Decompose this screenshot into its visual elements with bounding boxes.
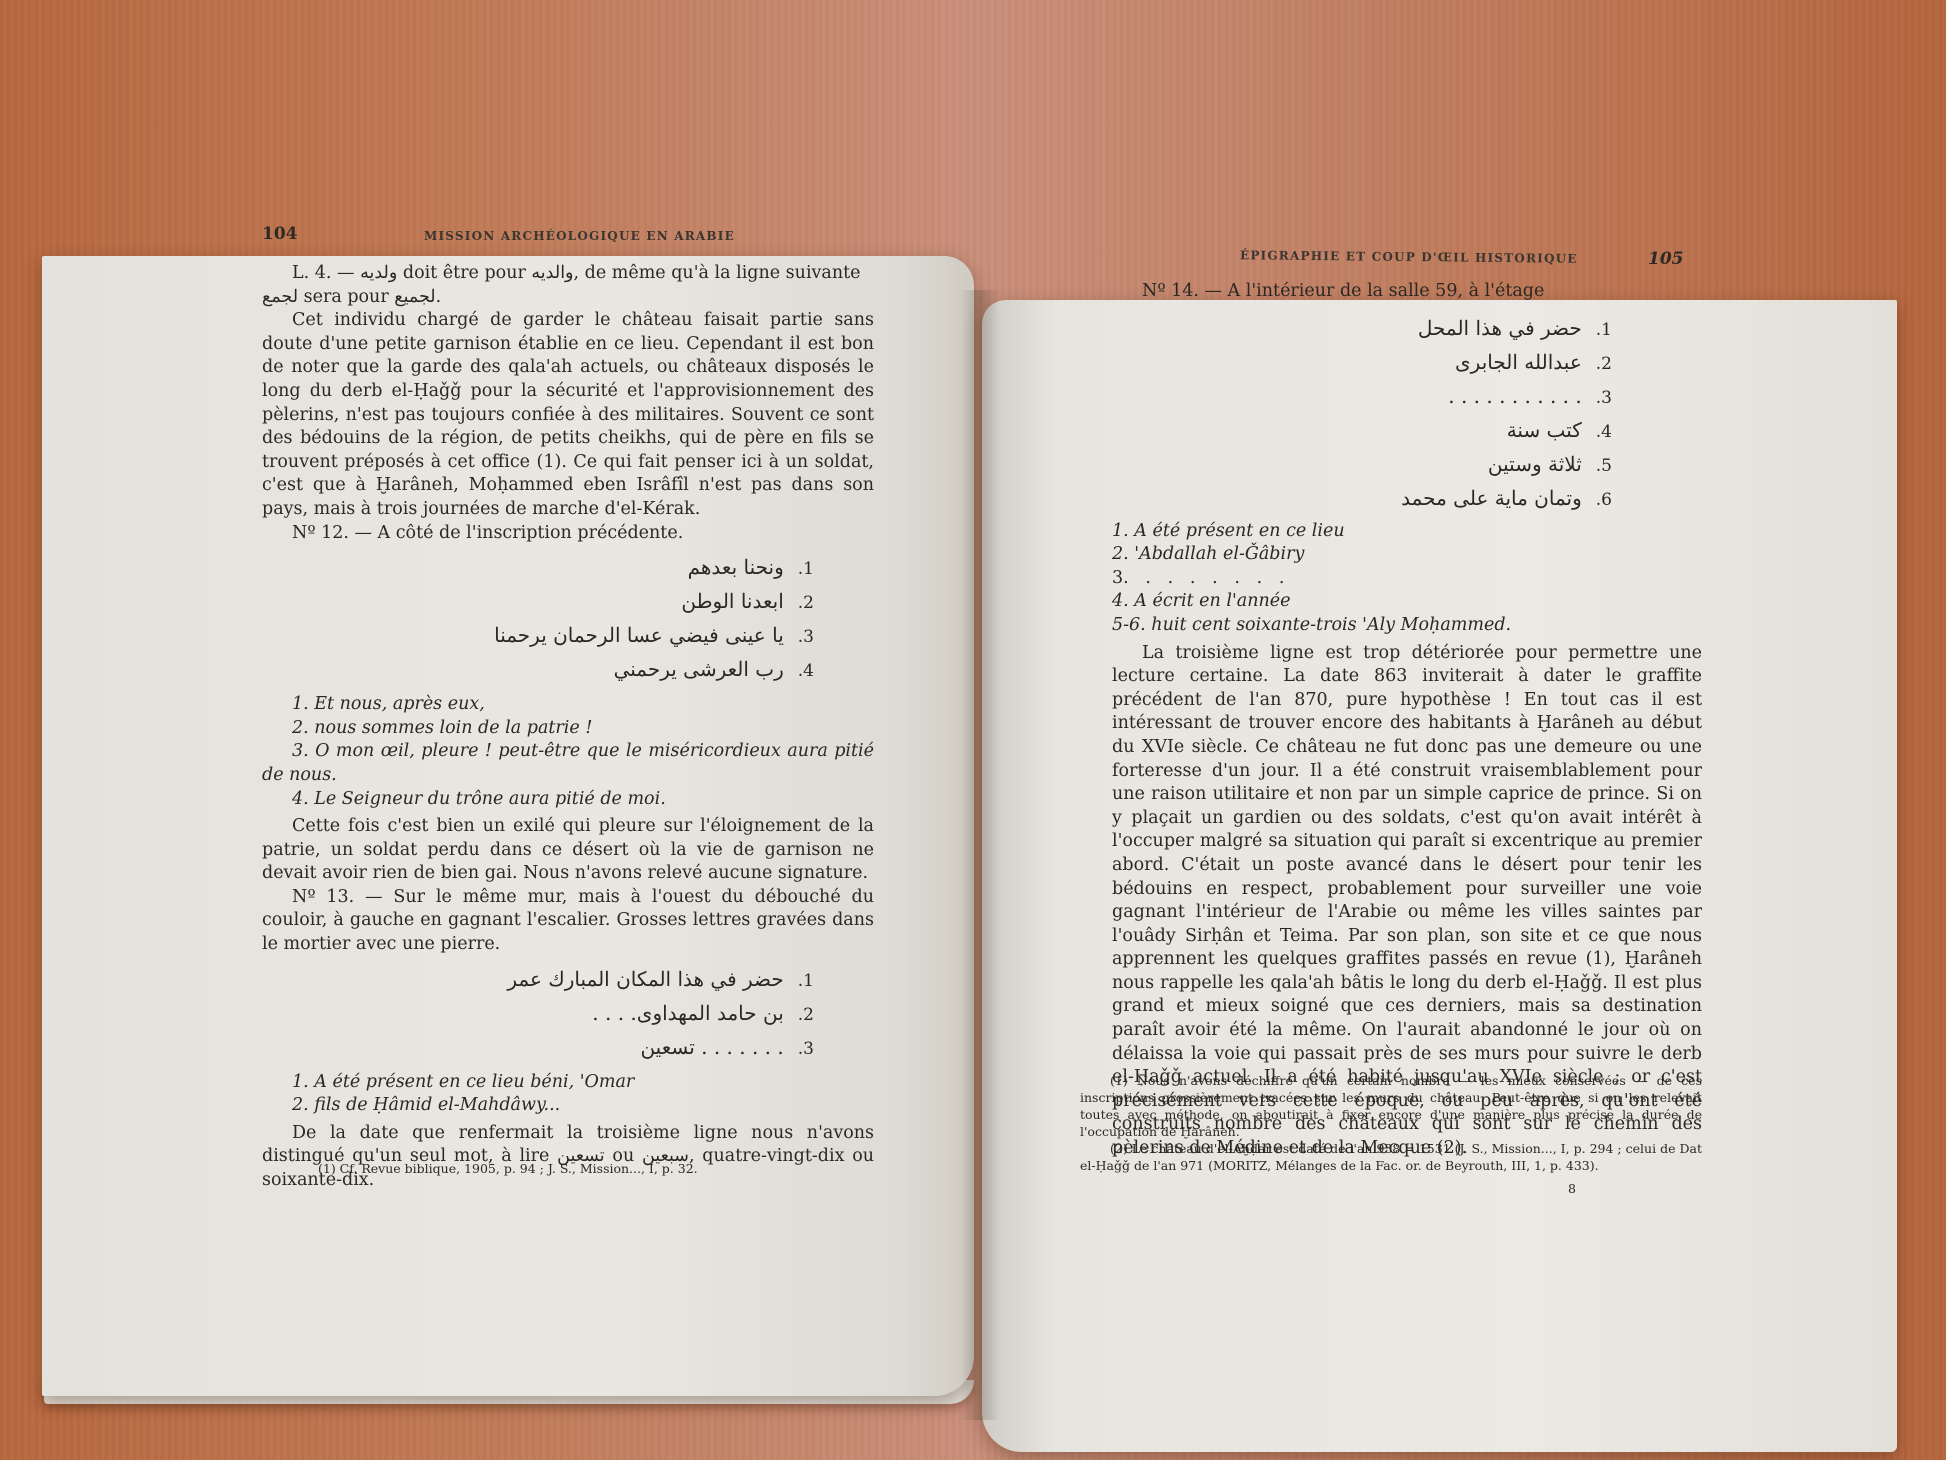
translation-line: 3. O mon œil, pleure ! peut-être que le …	[262, 740, 874, 787]
inscription-14-heading: Nº 14. — A l'intérieur de la salle 59, à…	[1112, 280, 1702, 304]
garrison-paragraph: Cet individu chargé de garder le château…	[262, 309, 874, 521]
page-number-left: 104	[262, 224, 298, 244]
footnote-2: (2) Le château d'el-Aḫḍar est daté de l'…	[1080, 1140, 1702, 1174]
arabic-line: 3.. . . . . . . . . . .	[1112, 380, 1612, 414]
translation-line: 2. nous sommes loin de la patrie !	[262, 717, 874, 741]
inscription-12-commentary: Cette fois c'est bien un exilé qui pleur…	[262, 815, 874, 886]
inscription-13-heading: Nº 13. — Sur le même mur, mais à l'ouest…	[262, 886, 874, 957]
right-page-footnotes: (1) Nous n'avons déchiffré qu'un certain…	[1080, 1072, 1702, 1174]
arabic-line: 4.كتب سنة	[1112, 414, 1612, 448]
inscription-13-translation: 1. A été présent en ce lieu béni, 'Omar …	[262, 1071, 874, 1118]
book-spine-shadow	[960, 290, 1000, 1420]
translation-line: 1. A été présent en ce lieu béni, 'Omar	[262, 1071, 874, 1095]
translation-line: 4. A écrit en l'année	[1112, 590, 1702, 614]
signature-mark: 8	[1568, 1180, 1576, 1197]
translation-line: 5-6. huit cent soixante-trois 'Aly Moḥam…	[1112, 614, 1702, 638]
translation-line: 2. 'Abdallah el-Ǧâbiry	[1112, 543, 1702, 567]
inscription-12-translation: 1. Et nous, après eux, 2. nous sommes lo…	[262, 693, 874, 811]
arabic-line: 3.. . . . . . . تسعين	[262, 1031, 814, 1065]
inscription-12-heading: Nº 12. — A côté de l'inscription précéde…	[262, 522, 874, 546]
left-page-body: L. 4. — ولديه doit être pour والديه, de …	[262, 262, 874, 1193]
footnote-1: (1) Nous n'avons déchiffré qu'un certain…	[1080, 1072, 1702, 1140]
arabic-line: 4.رب العرشى يرحمني	[262, 653, 814, 687]
inscription-13-commentary: De la date que renfermait la troisième l…	[262, 1122, 874, 1193]
arabic-line: 1.حضر في هذا المكان المبارك عمر	[262, 963, 814, 997]
right-page-body: Nº 14. — A l'intérieur de la salle 59, à…	[1112, 280, 1702, 1161]
inscription-14-arabic: 1.حضر في هذا المحل 2.عبدالله الجابرى 3..…	[1112, 312, 1612, 516]
note-line-4: L. 4. — ولديه doit être pour والديه, de …	[262, 262, 874, 286]
arabic-line: 6.وتمان ماية على محمد	[1112, 482, 1612, 516]
arabic-line: 5.ثلاثة وستين	[1112, 448, 1612, 482]
arabic-line: 2.ابعدنا الوطن	[262, 585, 814, 619]
translation-line: 4. Le Seigneur du trône aura pitié de mo…	[262, 788, 874, 812]
running-head-left: MISSION ARCHÉOLOGIQUE EN ARABIE	[424, 229, 735, 243]
arabic-line: 1.ونحنا بعدهم	[262, 551, 814, 585]
arabic-line: 3.يا عينى فيضي عسا الرحمان يرحمنا	[262, 619, 814, 653]
arabic-line: 1.حضر في هذا المحل	[1112, 312, 1612, 346]
page-number-right: 105	[1648, 249, 1684, 269]
translation-line: 3. . . . . . . .	[1112, 567, 1702, 591]
left-page-footnote: (1) Cf. Revue biblique, 1905, p. 94 ; J.…	[318, 1160, 878, 1177]
inscription-14-translation: 1. A été présent en ce lieu 2. 'Abdallah…	[1112, 520, 1702, 638]
inscription-13-arabic: 1.حضر في هذا المكان المبارك عمر 2.بن حام…	[262, 963, 814, 1065]
arabic-line: 2.عبدالله الجابرى	[1112, 346, 1612, 380]
inscription-12-arabic: 1.ونحنا بعدهم 2.ابعدنا الوطن 3.يا عينى ف…	[262, 551, 814, 687]
note-line-4-cont: لجمع sera pour لجميع.	[262, 286, 874, 310]
translation-line: 1. A été présent en ce lieu	[1112, 520, 1702, 544]
running-head-right: ÉPIGRAPHIE ET COUP D'ŒIL HISTORIQUE	[1240, 248, 1578, 266]
translation-line: 1. Et nous, après eux,	[262, 693, 874, 717]
arabic-line: 2.بن حامد المهداوى. . . .	[262, 997, 814, 1031]
translation-line: 2. fils de Ḥâmid el-Mahdâwy...	[262, 1094, 874, 1118]
